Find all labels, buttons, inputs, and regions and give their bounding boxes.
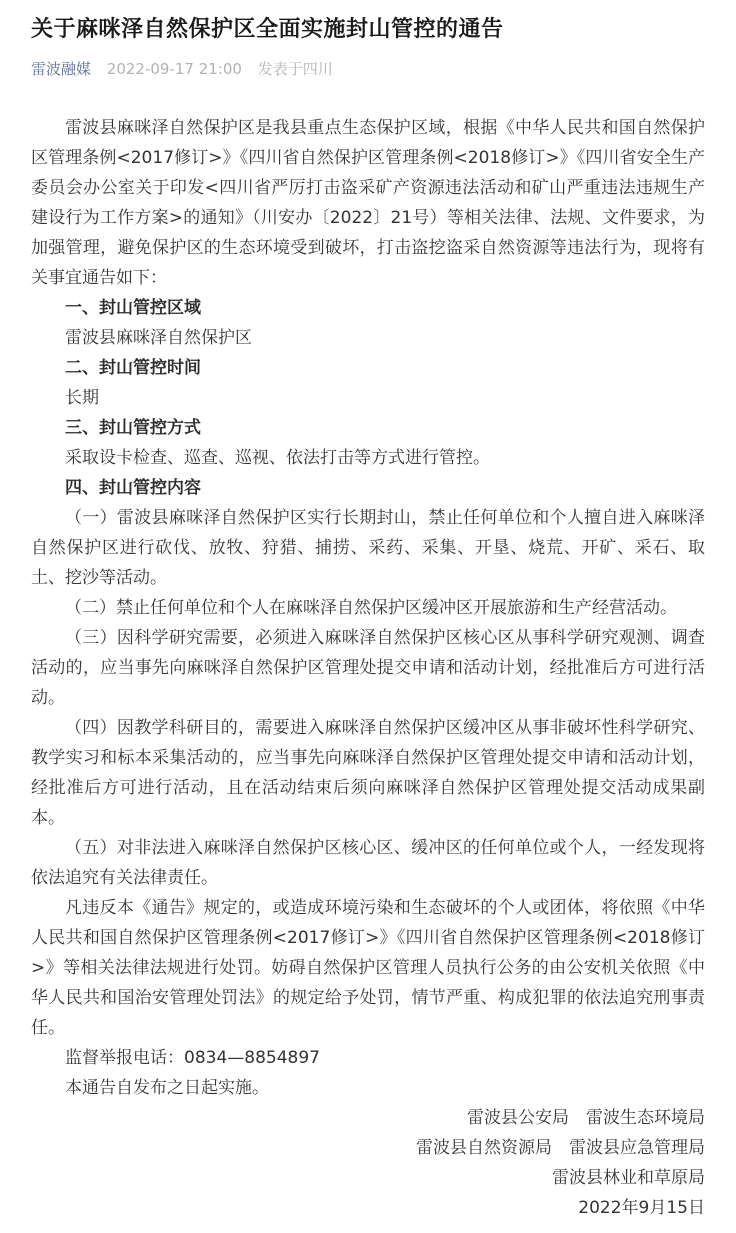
report-phone-line: 监督举报电话：0834—8854897 <box>31 1043 705 1073</box>
signature-line-1: 雷波县公安局 雷波生态环境局 <box>31 1103 705 1133</box>
article-body: 雷波县麻咪泽自然保护区是我县重点生态保护区域，根据《中华人民共和国自然保护区管理… <box>31 113 705 1223</box>
penalty-paragraph: 凡违反本《通告》规定的，或造成环境污染和生态破坏的个人或团体，将依照《中华人民共… <box>31 893 705 1043</box>
section-2-content: 长期 <box>31 383 705 413</box>
section-4-item-1: （一）雷波县麻咪泽自然保护区实行长期封山，禁止任何单位和个人擅自进入麻咪泽自然保… <box>31 503 705 593</box>
byline: 雷波融媒 2022-09-17 21:00 发表于四川 <box>31 59 705 80</box>
section-4-item-3: （三）因科学研究需要，必须进入麻咪泽自然保护区核心区从事科学研究观测、调查活动的… <box>31 623 705 713</box>
account-name-link[interactable]: 雷波融媒 <box>31 60 91 78</box>
section-4-item-4: （四）因教学科研目的，需要进入麻咪泽自然保护区缓冲区从事非破坏性科学研究、教学实… <box>31 713 705 833</box>
publish-location: 发表于四川 <box>258 60 333 78</box>
section-heading-4: 四、封山管控内容 <box>31 473 705 503</box>
section-1-content: 雷波县麻咪泽自然保护区 <box>31 323 705 353</box>
section-heading-3: 三、封山管控方式 <box>31 413 705 443</box>
effective-date-line: 本通告自发布之日起实施。 <box>31 1073 705 1103</box>
body-paragraph-intro: 雷波县麻咪泽自然保护区是我县重点生态保护区域，根据《中华人民共和国自然保护区管理… <box>31 113 705 293</box>
article-title: 关于麻咪泽自然保护区全面实施封山管控的通告 <box>31 13 705 47</box>
signature-line-3: 雷波县林业和草原局 <box>31 1163 705 1193</box>
signature-date: 2022年9月15日 <box>31 1193 705 1223</box>
section-heading-1: 一、封山管控区域 <box>31 293 705 323</box>
section-4-item-2: （二）禁止任何单位和个人在麻咪泽自然保护区缓冲区开展旅游和生产经营活动。 <box>31 593 705 623</box>
article-page: 关于麻咪泽自然保护区全面实施封山管控的通告 雷波融媒 2022-09-17 21… <box>0 0 736 1233</box>
section-4-item-5: （五）对非法进入麻咪泽自然保护区核心区、缓冲区的任何单位或个人，一经发现将依法追… <box>31 833 705 893</box>
section-heading-2: 二、封山管控时间 <box>31 353 705 383</box>
signature-line-2: 雷波县自然资源局 雷波县应急管理局 <box>31 1133 705 1163</box>
publish-datetime: 2022-09-17 21:00 <box>107 60 242 78</box>
section-3-content: 采取设卡检查、巡查、巡视、依法打击等方式进行管控。 <box>31 443 705 473</box>
